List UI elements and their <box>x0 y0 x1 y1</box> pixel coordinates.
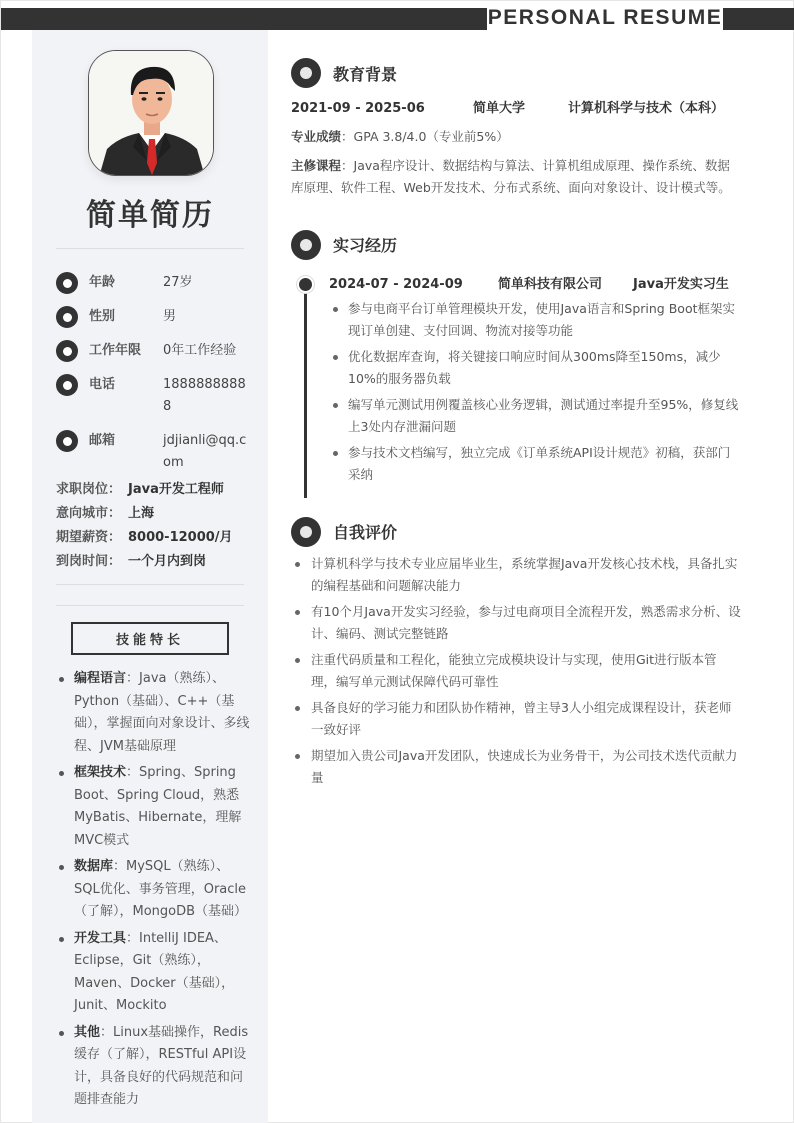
job-value: 8000-12000/月 <box>128 526 233 550</box>
job-row: 意向城市： 上海 <box>56 502 256 526</box>
info-row-gender: 性别 男 <box>56 306 256 328</box>
section-ring-icon <box>291 517 321 547</box>
info-value: 18888888888 <box>163 374 247 418</box>
skill-key: 编程语言 <box>74 671 126 686</box>
bullet-item: 参与电商平台订单管理模块开发，使用Java语言和Spring Boot框架实现订… <box>329 298 741 343</box>
section-ring-icon <box>291 230 321 260</box>
education-row: 2021-09 - 2025-06 简单大学 计算机科学与技术（本科） <box>291 98 741 120</box>
avatar-portrait-icon <box>89 51 214 176</box>
section-title: 教育背景 <box>333 62 397 85</box>
personal-info-list: 年龄 27岁 性别 男 工作年限 0年工作经验 电话 18888888888 邮… <box>56 272 256 486</box>
section-header: 教育背景 <box>291 58 741 88</box>
gpa-value: ：GPA 3.8/4.0（专业前5%） <box>341 129 509 144</box>
internship-date: 2024-07 - 2024-09 <box>329 274 498 296</box>
info-label: 电话 <box>89 374 163 396</box>
job-label: 期望薪资： <box>56 526 128 550</box>
resume-page: PERSONAL RESUME 简单简历 <box>0 0 794 1123</box>
section-title: 实习经历 <box>333 233 397 256</box>
info-row-age: 年龄 27岁 <box>56 272 256 294</box>
bullet-item: 计算机科学与技术专业应届毕业生，系统掌握Java开发核心技术栈，具备扎实的编程基… <box>291 553 741 598</box>
info-row-experience: 工作年限 0年工作经验 <box>56 340 256 362</box>
job-row: 到岗时间： 一个月内到岗 <box>56 550 256 574</box>
bullet-item: 注重代码质量和工程化，能独立完成模块设计与实现，使用Git进行版本管理，编写单元… <box>291 649 741 694</box>
skill-item: 编程语言：Java（熟练）、Python（基础）、C++（基础），掌握面向对象设… <box>56 668 250 758</box>
bullet-item: 有10个月Java开发实习经验，参与过电商项目全流程开发，熟悉需求分析、设计、编… <box>291 601 741 646</box>
info-label: 工作年限 <box>89 340 163 362</box>
job-value: 一个月内到岗 <box>128 550 206 574</box>
self-evaluation-bullets: 计算机科学与技术专业应届毕业生，系统掌握Java开发核心技术栈，具备扎实的编程基… <box>291 553 741 790</box>
info-value: 男 <box>163 306 247 328</box>
info-value: 0年工作经验 <box>163 340 247 362</box>
resume-name: 简单简历 <box>32 190 268 234</box>
section-title: 自我评价 <box>333 520 397 543</box>
info-row-phone: 电话 18888888888 <box>56 374 256 418</box>
header-title-box: PERSONAL RESUME <box>487 3 723 33</box>
bullet-item: 具备良好的学习能力和团队协作精神，曾主导3人小组完成课程设计，获老师一致好评 <box>291 697 741 742</box>
courses-line: 主修课程：Java程序设计、数据结构与算法、计算机组成原理、操作系统、数据库原理… <box>291 155 741 200</box>
internship-section: 实习经历 2024-07 - 2024-09 简单科技有限公司 Java开发实习… <box>291 230 741 487</box>
skills-title: 技能特长 <box>71 622 229 655</box>
courses-value: ：Java程序设计、数据结构与算法、计算机组成原理、操作系统、数据库原理、软件工… <box>291 158 731 196</box>
divider <box>56 584 244 585</box>
gpa-line: 专业成绩：GPA 3.8/4.0（专业前5%） <box>291 126 741 149</box>
info-value: jdjianli@qq.com <box>163 430 247 474</box>
ring-icon <box>56 430 78 452</box>
bullet-item: 优化数据库查询，将关键接口响应时间从300ms降至150ms，减少10%的服务器… <box>329 346 741 391</box>
sidebar: 简单简历 年龄 27岁 性别 男 工作年限 0年工作经验 电话 18888888 <box>32 30 268 1123</box>
internship-role: Java开发实习生 <box>633 274 729 296</box>
bullet-item: 期望加入贵公司Java开发团队，快速成长为业务骨干，为公司技术迭代贡献力量 <box>291 745 741 790</box>
skill-key: 开发工具 <box>74 931 126 946</box>
section-header: 自我评价 <box>291 517 741 547</box>
bullet-item: 参与技术文档编写，独立完成《订单系统API设计规范》初稿，获部门采纳 <box>329 442 741 487</box>
skill-key: 其他 <box>74 1025 100 1040</box>
info-label: 性别 <box>89 306 163 328</box>
skill-text: ：Linux基础操作，Redis缓存（了解），RESTful API设计，具备良… <box>74 1025 248 1108</box>
self-evaluation-section: 自我评价 计算机科学与技术专业应届毕业生，系统掌握Java开发核心技术栈，具备扎… <box>291 517 741 790</box>
main-content: 教育背景 2021-09 - 2025-06 简单大学 计算机科学与技术（本科）… <box>291 58 741 793</box>
courses-label: 主修课程 <box>291 158 341 173</box>
internship-company: 简单科技有限公司 <box>498 274 633 296</box>
header-title: PERSONAL RESUME <box>488 6 722 30</box>
ring-icon <box>56 340 78 362</box>
job-value: 上海 <box>128 502 154 526</box>
section-header: 实习经历 <box>291 230 741 260</box>
timeline-dot-icon <box>299 278 312 291</box>
info-value: 27岁 <box>163 272 247 294</box>
skills-list: 编程语言：Java（熟练）、Python（基础）、C++（基础），掌握面向对象设… <box>56 668 250 1116</box>
internship-entry: 2024-07 - 2024-09 简单科技有限公司 Java开发实习生 参与电… <box>291 274 741 487</box>
internship-bullets: 参与电商平台订单管理模块开发，使用Java语言和Spring Boot框架实现订… <box>329 298 741 487</box>
job-label: 求职岗位： <box>56 478 128 502</box>
job-intention-list: 求职岗位： Java开发工程师 意向城市： 上海 期望薪资： 8000-1200… <box>56 478 256 574</box>
skill-item: 数据库：MySQL（熟练）、SQL优化、事务管理，Oracle（了解），Mong… <box>56 856 250 924</box>
education-date: 2021-09 - 2025-06 <box>291 98 473 120</box>
job-label: 到岗时间： <box>56 550 128 574</box>
ring-icon <box>56 306 78 328</box>
info-label: 年龄 <box>89 272 163 294</box>
skill-item: 开发工具：IntelliJ IDEA、Eclipse，Git（熟练），Maven… <box>56 928 250 1018</box>
avatar <box>88 50 214 176</box>
ring-icon <box>56 272 78 294</box>
skill-key: 框架技术 <box>74 765 126 780</box>
skill-item: 其他：Linux基础操作，Redis缓存（了解），RESTful API设计，具… <box>56 1022 250 1112</box>
divider <box>56 248 244 249</box>
education-major: 计算机科学与技术（本科） <box>568 98 741 120</box>
timeline-line <box>304 284 307 498</box>
skill-item: 框架技术：Spring、Spring Boot、Spring Cloud，熟悉M… <box>56 762 250 852</box>
skill-key: 数据库 <box>74 859 113 874</box>
bullet-item: 编写单元测试用例覆盖核心业务逻辑，测试通过率提升至95%，修复线上3处内存泄漏问… <box>329 394 741 439</box>
job-row: 期望薪资： 8000-12000/月 <box>56 526 256 550</box>
internship-header: 2024-07 - 2024-09 简单科技有限公司 Java开发实习生 <box>329 274 741 296</box>
divider <box>56 605 244 606</box>
info-label: 邮箱 <box>89 430 163 452</box>
gpa-label: 专业成绩 <box>291 129 341 144</box>
job-row: 求职岗位： Java开发工程师 <box>56 478 256 502</box>
job-label: 意向城市： <box>56 502 128 526</box>
ring-icon <box>56 374 78 396</box>
education-school: 简单大学 <box>473 98 568 120</box>
info-row-email: 邮箱 jdjianli@qq.com <box>56 430 256 474</box>
section-ring-icon <box>291 58 321 88</box>
education-section: 教育背景 2021-09 - 2025-06 简单大学 计算机科学与技术（本科）… <box>291 58 741 200</box>
job-value: Java开发工程师 <box>128 478 224 502</box>
